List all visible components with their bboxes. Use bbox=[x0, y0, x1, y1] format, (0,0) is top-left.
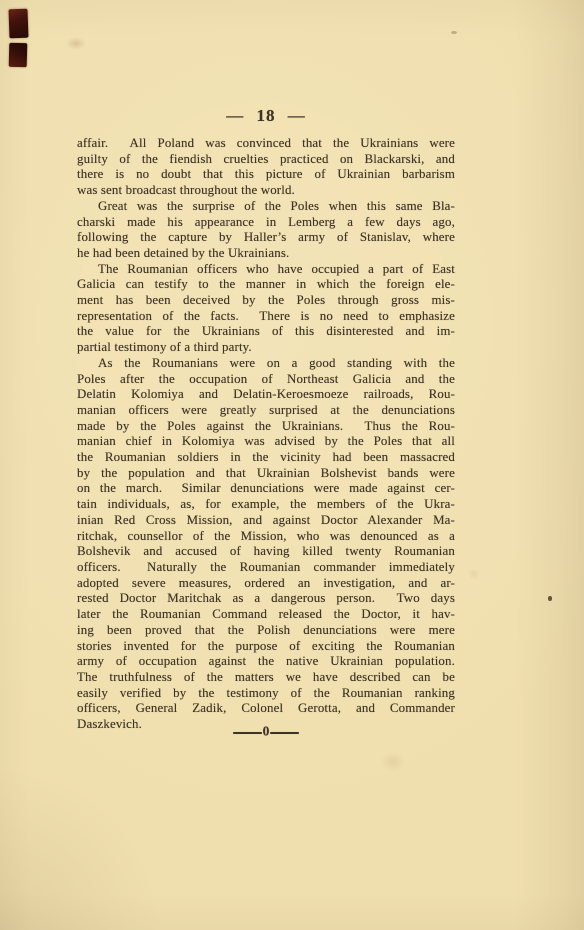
text-line: manian chief in Kolomiya was advised by … bbox=[77, 434, 455, 450]
text-line: Delatin Kolomiya and Delatin-Keroesmoeze… bbox=[77, 387, 455, 403]
divider-line-left bbox=[233, 732, 262, 735]
text-line: adopted severe measures, ordered an inve… bbox=[77, 576, 455, 592]
text-line: Galicia can testify to the manner in whi… bbox=[77, 277, 455, 293]
text-line: on the march. Similar denunciations were… bbox=[77, 481, 455, 497]
text-line: The truthfulness of the matters we have … bbox=[77, 670, 455, 686]
paper-smudge bbox=[468, 568, 480, 580]
paper-smudge bbox=[66, 37, 86, 50]
text-line: ing been proved that the Polish denuncia… bbox=[77, 623, 455, 639]
text-line: the Roumanian soldiers in the vicinity h… bbox=[77, 450, 455, 466]
paragraph: As the Roumanians were on a good standin… bbox=[77, 356, 455, 733]
ink-stamp-mark bbox=[9, 43, 28, 67]
text-line: made by the Poles against the Ukrainians… bbox=[77, 419, 455, 435]
text-block: affair. All Poland was convinced that th… bbox=[77, 136, 455, 733]
paper-speck bbox=[548, 596, 552, 601]
paper-smudge bbox=[380, 752, 406, 772]
paragraph: Great was the surprise of the Poles when… bbox=[77, 199, 455, 262]
text-line: tain individuals, as, for example, the m… bbox=[77, 497, 455, 513]
text-line: stories invented for the purpose of exci… bbox=[77, 639, 455, 655]
text-line: manian officers were greatly surprised a… bbox=[77, 403, 455, 419]
text-line: was sent broadcast throughout the world. bbox=[77, 183, 455, 199]
text-line: easily verified by the testimony of the … bbox=[77, 686, 455, 702]
divider-zero: 0 bbox=[263, 725, 270, 739]
text-line: following the capture by Haller’s army o… bbox=[77, 230, 455, 246]
text-line: ment has been deceived by the Poles thro… bbox=[77, 293, 455, 309]
page-number-header: — 18 — bbox=[77, 106, 455, 126]
text-line: Bolshevik and accused of having killed t… bbox=[77, 544, 455, 560]
text-line: inian Red Cross Mission, and against Doc… bbox=[77, 513, 455, 529]
text-line: partial testimony of a third party. bbox=[77, 340, 455, 356]
text-line: later the Roumanian Command released the… bbox=[77, 607, 455, 623]
text-line: The Roumanian officers who have occupied… bbox=[77, 262, 455, 278]
text-line: guilty of the fiendish cruelties practic… bbox=[77, 152, 455, 168]
paragraph: affair. All Poland was convinced that th… bbox=[77, 136, 455, 199]
text-line: the value for the Ukrainians of this dis… bbox=[77, 324, 455, 340]
text-line: Poles after the occupation of Northeast … bbox=[77, 372, 455, 388]
text-line: rested Doctor Maritchak as a dangerous p… bbox=[77, 591, 455, 607]
text-line: representation of the facts. There is no… bbox=[77, 309, 455, 325]
text-line: As the Roumanians were on a good standin… bbox=[77, 356, 455, 372]
text-line: affair. All Poland was convinced that th… bbox=[77, 136, 455, 152]
paper-speck bbox=[451, 31, 457, 34]
text-line: officers, General Zadik, Colonel Gerotta… bbox=[77, 701, 455, 717]
text-line: there is no doubt that this picture of U… bbox=[77, 167, 455, 183]
text-line: he had been detained by the Ukrainians. bbox=[77, 246, 455, 262]
text-line: charski made his appearance in Lemberg a… bbox=[77, 215, 455, 231]
text-line: officers. Naturally the Roumanian comman… bbox=[77, 560, 455, 576]
ink-stamp-mark bbox=[8, 9, 28, 39]
text-line: army of occupation against the native Uk… bbox=[77, 654, 455, 670]
scanned-book-page: — 18 — affair. All Poland was convinced … bbox=[0, 0, 584, 930]
paragraph: The Roumanian officers who have occupied… bbox=[77, 262, 455, 356]
section-divider: 0 bbox=[77, 724, 455, 742]
text-line: ritchak, counsellor of the Mission, who … bbox=[77, 529, 455, 545]
text-line: by the population and that Ukrainian Bol… bbox=[77, 466, 455, 482]
divider-line-right bbox=[270, 732, 299, 735]
text-line: Great was the surprise of the Poles when… bbox=[77, 199, 455, 215]
